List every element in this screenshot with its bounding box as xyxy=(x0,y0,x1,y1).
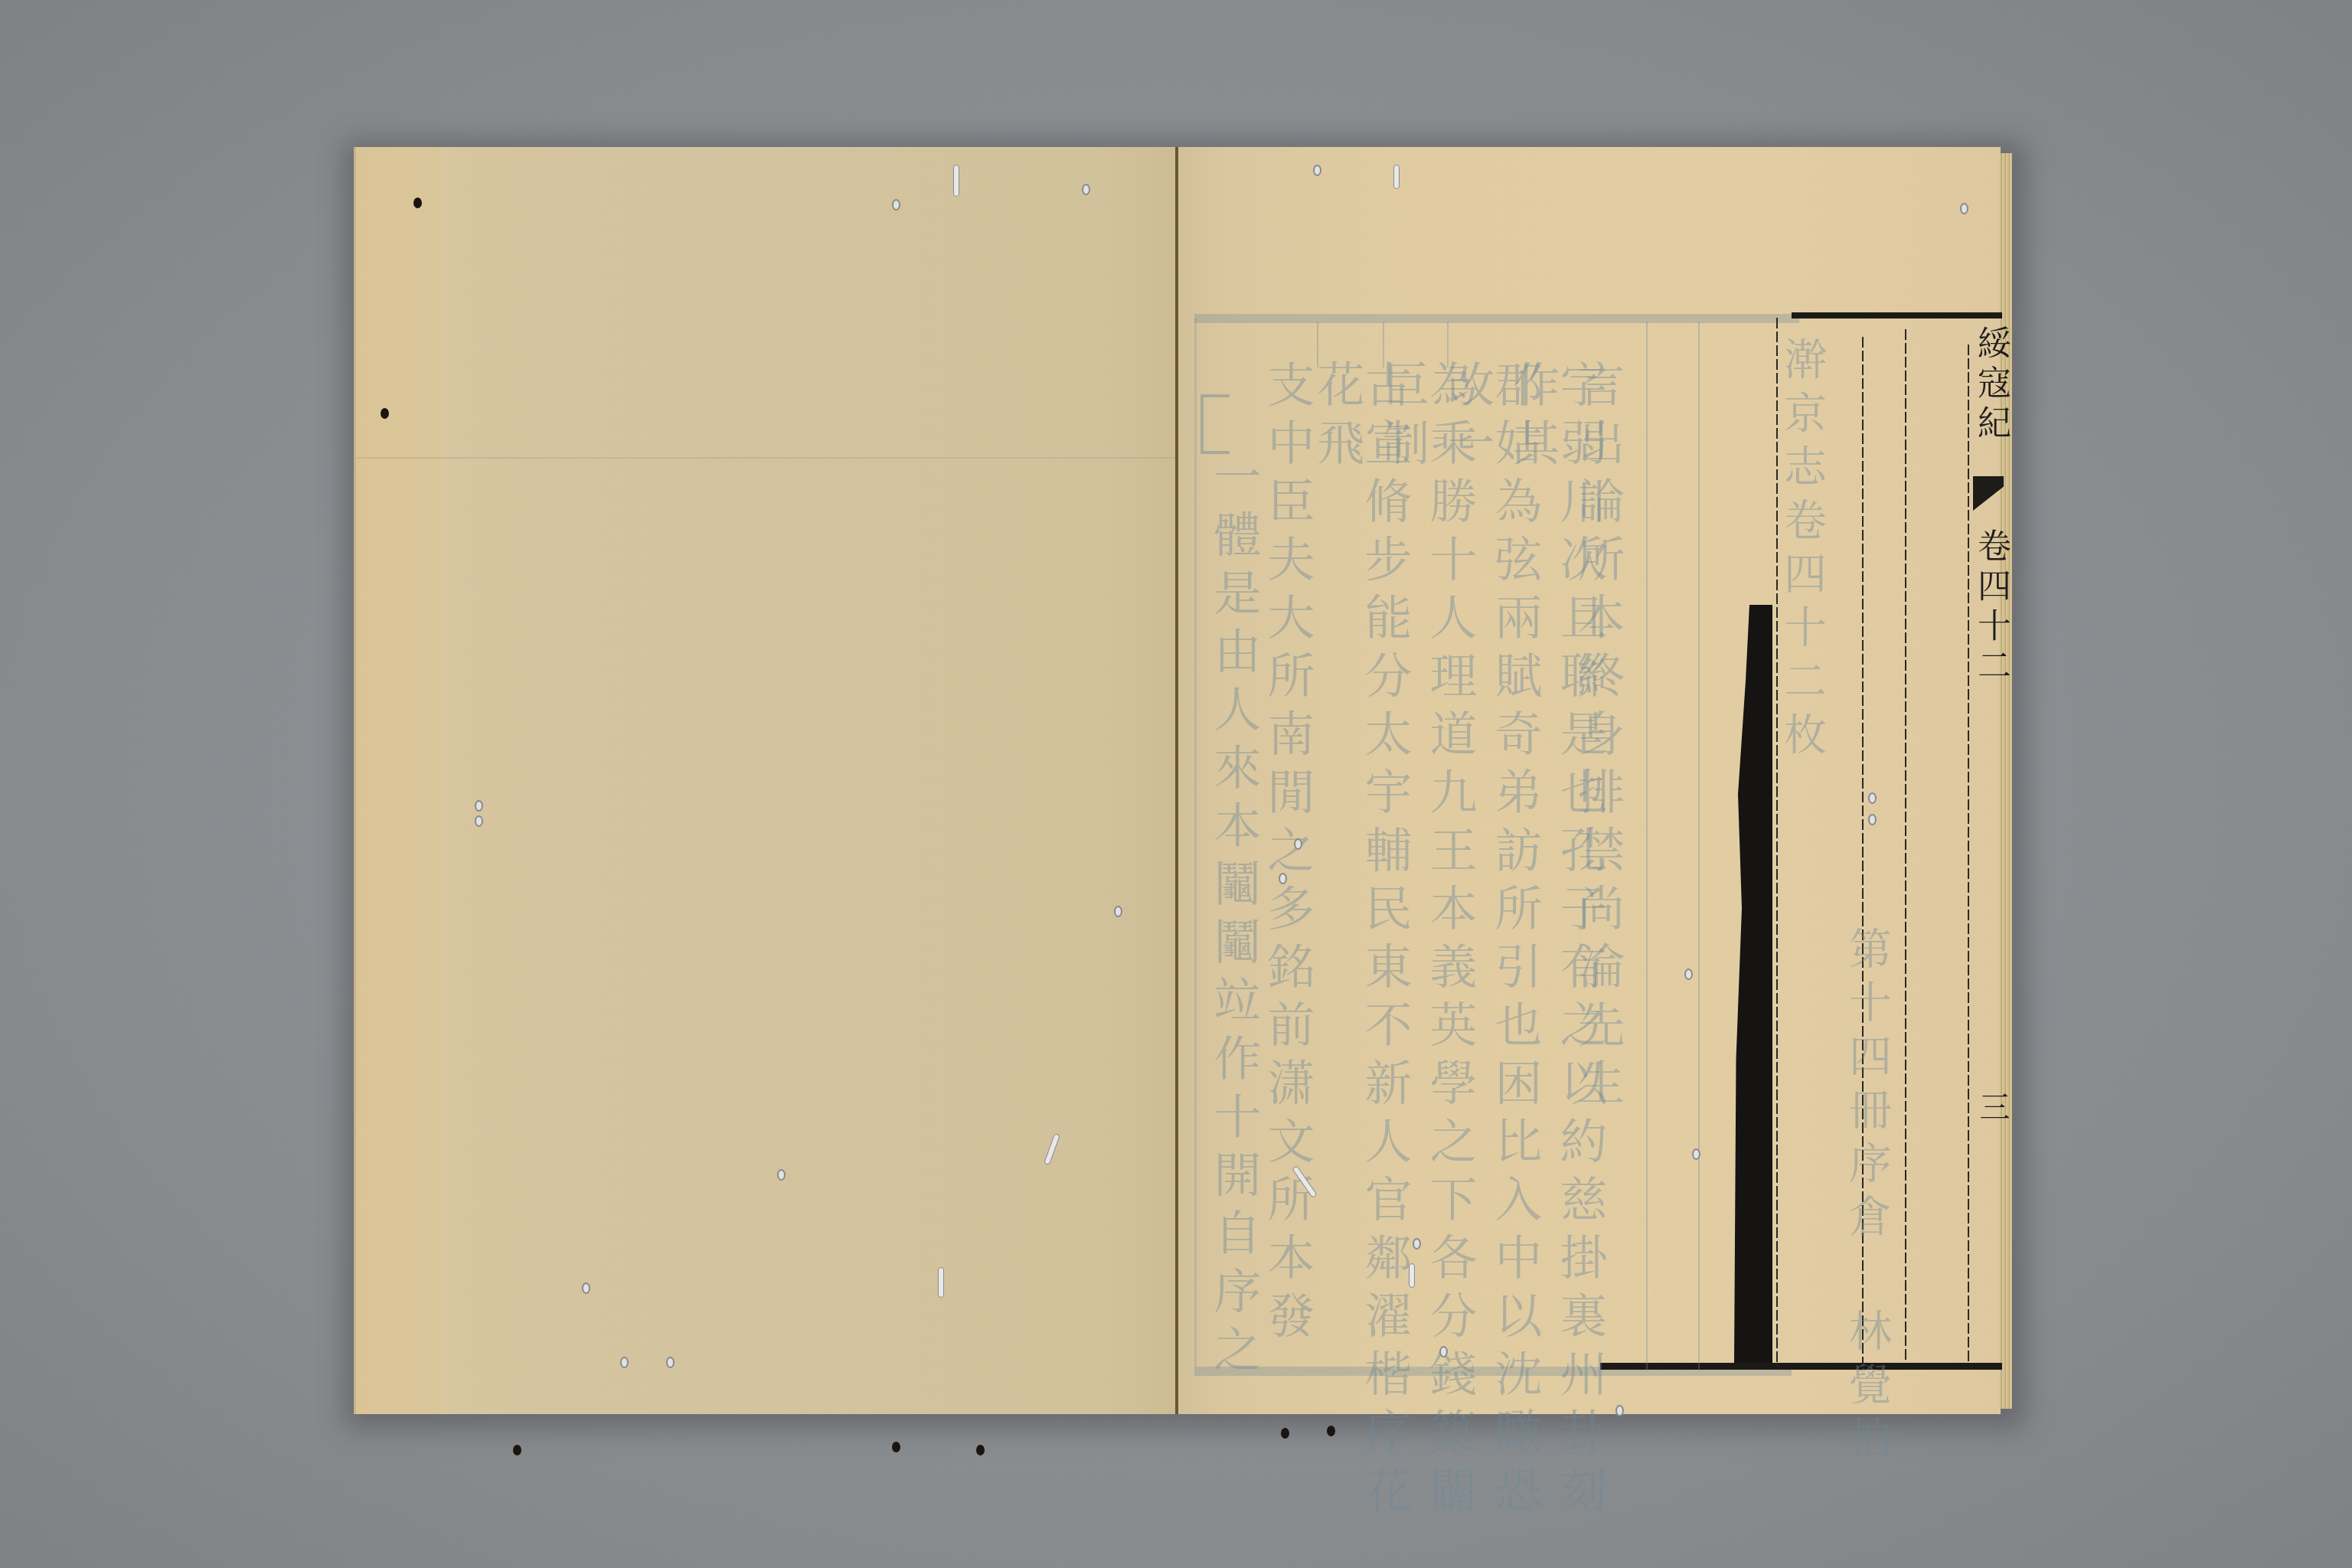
wormhole xyxy=(620,1357,629,1368)
bleed-text-column: 澣京志卷四十二枚 xyxy=(1780,337,1823,766)
wormhole xyxy=(1868,792,1877,804)
worm-track xyxy=(1393,165,1400,189)
wormhole xyxy=(892,199,900,211)
binding-hole xyxy=(976,1445,985,1455)
worm-track xyxy=(953,165,959,197)
bleed-text-column: 支中臣夫大所南閒之多銘前潇文所本發 xyxy=(1263,360,1311,1349)
binding-hole xyxy=(513,1445,521,1455)
page-number: 三 xyxy=(1977,1091,2007,1128)
wormhole xyxy=(1279,873,1287,884)
wormhole xyxy=(1114,906,1122,917)
fore-edge-volume: 卷四十二 xyxy=(1974,528,2007,688)
binding-hole xyxy=(381,408,389,419)
printed-column-rule xyxy=(1905,329,1906,1363)
left-page-fold-line xyxy=(356,457,1179,459)
frame-left-border-bleed xyxy=(1194,318,1197,1367)
wormhole xyxy=(1692,1148,1700,1160)
wormhole xyxy=(475,800,483,812)
left-page-margin-band xyxy=(356,147,440,1414)
wormhole xyxy=(1082,184,1090,195)
worm-track xyxy=(938,1267,944,1298)
wormhole xyxy=(1960,203,1968,214)
wormhole xyxy=(1413,1238,1421,1249)
bracket-mark xyxy=(1200,394,1230,454)
binding-hole xyxy=(892,1442,900,1452)
wormhole xyxy=(582,1282,590,1294)
wormhole xyxy=(666,1357,675,1368)
bleed-text-column: 一體是由人來本鬮鬮竝作十開自序之 xyxy=(1210,452,1257,1383)
wormhole xyxy=(777,1169,786,1181)
column-rule xyxy=(1698,322,1700,1370)
wormhole xyxy=(1313,165,1321,176)
wormhole xyxy=(1615,1405,1624,1416)
frame-top-border xyxy=(1792,312,2002,318)
binding-hole xyxy=(1327,1426,1335,1436)
column-rule xyxy=(1646,322,1648,1370)
bleed-text-column: 第十四冊序倉 林覺拍 xyxy=(1845,926,1888,1469)
binding-hole xyxy=(1281,1428,1289,1439)
left-page xyxy=(354,147,1179,1414)
printed-column-rule xyxy=(1968,345,1969,1363)
wormhole xyxy=(1684,969,1693,980)
frame-bottom-border xyxy=(1600,1363,2002,1370)
fishtail-line xyxy=(1973,476,2004,479)
worm-track xyxy=(1409,1263,1415,1288)
bleed-text-column: 古宣脩步能分太宇輔民東不新人官鄰濯楷序花花飛 xyxy=(1313,360,1408,1568)
fore-edge-title: 綏寇紀 xyxy=(1974,325,2007,445)
wormhole xyxy=(1294,838,1302,850)
wormhole xyxy=(1868,814,1877,825)
wormhole xyxy=(475,815,483,827)
wormhole xyxy=(1439,1346,1448,1357)
book-gutter xyxy=(1175,147,1178,1414)
binding-hole xyxy=(413,198,422,208)
frame-top-border-bleed xyxy=(1194,314,1799,323)
